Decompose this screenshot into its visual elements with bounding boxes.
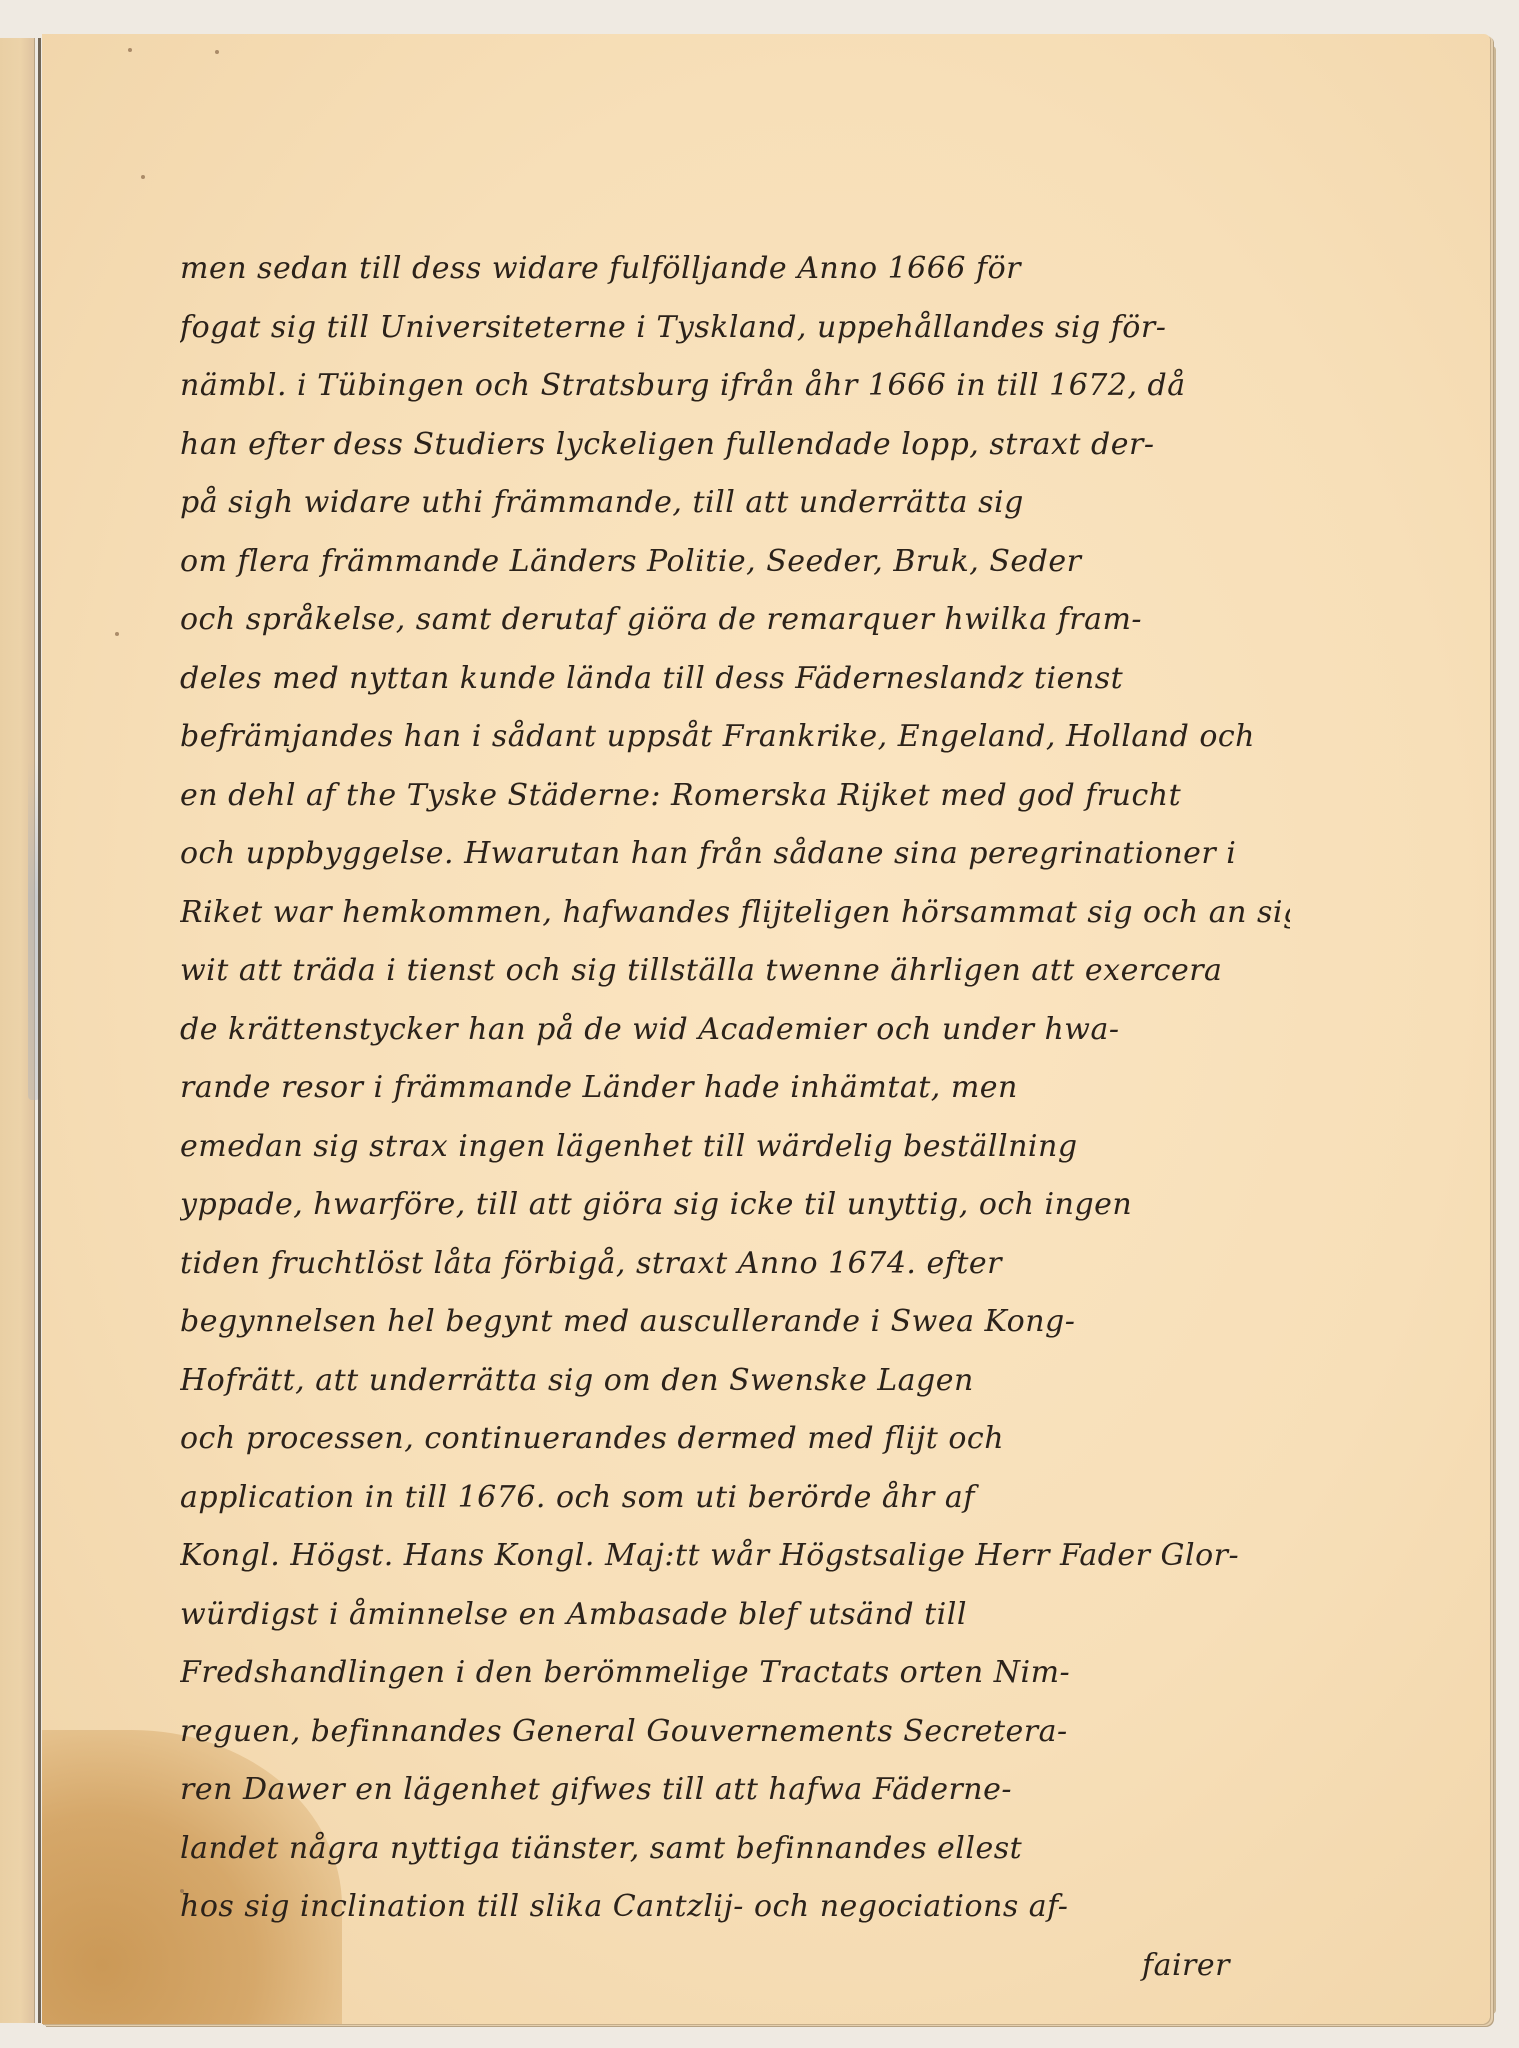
manuscript-line-16: emedan sig strax ingen lägenhet till wär… xyxy=(180,1118,1290,1177)
manuscript-line-12: Riket war hemkommen, hafwandes flijtelig… xyxy=(180,884,1290,943)
manuscript-line-27: ren Dawer en lägenhet gifwes till att ha… xyxy=(180,1761,1290,1820)
manuscript-line-7: och språkelse, samt derutaf giöra de rem… xyxy=(180,591,1290,650)
manuscript-line-30-catchword: fairer xyxy=(180,1937,1290,1996)
paper-speck xyxy=(141,175,145,179)
manuscript-line-4: han efter dess Studiers lyckeligen fulle… xyxy=(180,416,1290,475)
paper-speck xyxy=(128,48,132,52)
manuscript-line-3: nämbl. i Tübingen och Stratsburg ifrån å… xyxy=(180,357,1290,416)
manuscript-line-13: wit att träda i tienst och sig tillställ… xyxy=(180,942,1290,1001)
manuscript-line-14: de krättenstycker han på de wid Academie… xyxy=(180,1001,1290,1060)
manuscript-line-8: deles med nyttan kunde lända till dess F… xyxy=(180,650,1290,709)
paper-speck xyxy=(115,632,119,636)
binding-gutter-line xyxy=(38,38,41,2023)
manuscript-line-22: application in till 1676. och som uti be… xyxy=(180,1469,1290,1528)
manuscript-line-28: landet några nyttiga tiänster, samt befi… xyxy=(180,1820,1290,1879)
manuscript-line-26: reguen, befinnandes General Gouvernement… xyxy=(180,1703,1290,1762)
manuscript-line-11: och uppbyggelse. Hwarutan han från sådan… xyxy=(180,825,1290,884)
paper-speck xyxy=(215,50,219,54)
manuscript-text-block: men sedan till dess widare fulfölljande … xyxy=(180,240,1290,1995)
manuscript-line-18: tiden fruchtlöst låta förbigå, straxt An… xyxy=(180,1235,1290,1294)
manuscript-line-10: en dehl af the Tyske Städerne: Romerska … xyxy=(180,767,1290,826)
manuscript-line-29: hos sig inclination till slika Cantzlij-… xyxy=(180,1878,1290,1937)
manuscript-line-2: fogat sig till Universiteterne i Tysklan… xyxy=(180,299,1290,358)
manuscript-line-5: på sigh widare uthi främmande, till att … xyxy=(180,474,1290,533)
manuscript-line-20: Hofrätt, att underrätta sig om den Swens… xyxy=(180,1352,1290,1411)
manuscript-line-25: Fredshandlingen i den berömmelige Tracta… xyxy=(180,1644,1290,1703)
manuscript-line-19: begynnelsen hel begynt med auscullerande… xyxy=(180,1293,1290,1352)
manuscript-line-17: yppade, hwarföre, till att giöra sig ick… xyxy=(180,1176,1290,1235)
manuscript-line-23: Kongl. Högst. Hans Kongl. Maj:tt wår Hög… xyxy=(180,1527,1290,1586)
manuscript-line-24: würdigst i åminnelse en Ambasade blef ut… xyxy=(180,1586,1290,1645)
manuscript-line-6: om flera främmande Länders Politie, Seed… xyxy=(180,533,1290,592)
manuscript-line-9: befrämjandes han i sådant uppsåt Frankri… xyxy=(180,708,1290,767)
manuscript-line-21: och processen, continuerandes dermed med… xyxy=(180,1410,1290,1469)
manuscript-line-1: men sedan till dess widare fulfölljande … xyxy=(180,240,1290,299)
manuscript-line-15: rande resor i främmande Länder hade inhä… xyxy=(180,1059,1290,1118)
